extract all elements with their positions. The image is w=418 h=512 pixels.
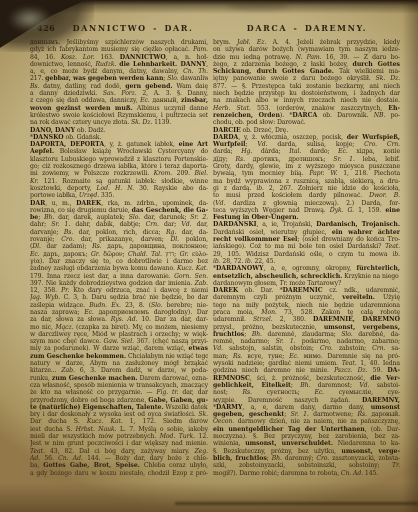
text-line: Kr. 121. Rozmaite są gatunki iabłek: sło… xyxy=(30,178,208,185)
text-line: praca moia, Mon. 73, 528. Zakon tę całą … xyxy=(213,309,400,316)
text-line: DAPORTA, DEPORTA, y, ż. gatunek iabłek, … xyxy=(30,141,208,148)
paper-stain xyxy=(228,2,288,10)
text-line: Dar ducha Ś. Kucz. Kat. 1, 172. Siedm da… xyxy=(30,418,208,425)
text-line: be; Bh. dar, darek, auplatek; Slo. dar, … xyxy=(30,214,208,221)
text-line: 217. gebbar, was gegeben werden kann; Sl… xyxy=(30,75,208,82)
text-line: дїду; Rs. дротикъ, дротишокъ; Sr. 1. leb… xyxy=(213,156,400,163)
text-column-left: даннымъ. Jeślibyśmy szpichlerzów naszych… xyxy=(30,39,208,480)
text-line: żego, z zdarzenia bożego, z łaski bożey,… xyxy=(213,61,400,68)
text-line: szki, zobstoinyzacki, sobstoinszki, sobs… xyxy=(213,462,400,469)
text-line: Jag. Wyb. C. 3, b. Daru sędzia brać nie … xyxy=(30,294,208,301)
text-line: Aepfel. Bolesław książę Wrocławski Cyste… xyxy=(30,148,208,155)
text-line: iętny panowanie swoie z daru bożego okry… xyxy=(213,75,400,82)
text-line: darda; Hg. dàrda; Ital. dardo; Ec. хідра… xyxy=(213,148,400,155)
text-line: runku, zum Geschenke machen. Darem darow… xyxy=(30,375,208,382)
text-line: moczyzna). §. Bez przyczyny, bez zarobie… xyxy=(213,433,400,440)
text-line: remně, nadarmo; Sr. 1. podarmo, nadarmo,… xyxy=(213,338,400,345)
text-line: to musi przed kościołem dardy pilnować. … xyxy=(213,192,400,199)
text-line: zum Geschenke bekommen. Chciałabym nie w… xyxy=(30,353,208,360)
text-line: kosztowki, deporty, Lod. H. N. 30. Raysk… xyxy=(30,185,208,192)
text-line: ein unentgeldlicher Tag der Unterthanen,… xyxy=(213,426,400,433)
text-column-right: brym. Jabł. Ez. A. 4. Jeżeli żebrak przy… xyxy=(213,39,400,480)
text-line: a, e, co może bydź danym, datny, dawalny… xyxy=(30,68,208,75)
text-line: te (natürliche) Eigenschaften, Talente. … xyxy=(30,404,208,411)
text-line: dzie mu iedną potrawę. N. Pam. 16, 39. —… xyxy=(213,54,400,61)
text-line: *DARDANOWY, a, e, ogromny, okropny, fürc… xyxy=(213,265,400,272)
running-head-right: DARCA - DAREMNY. xyxy=(222,23,392,33)
text-line: dardanowym głosem, Tr. może Tartarowy? xyxy=(213,280,400,287)
text-line: nost; Rs. суетность; Ec. суемысліе, суе- xyxy=(213,389,400,396)
text-line: Jest w nim grunt poczciwości i dar więks… xyxy=(30,440,208,447)
text-line: dahr; Sr. 1. dahr, dabik, dabtje; Crn. d… xyxy=(30,221,208,228)
text-line: w darczliwey ręce, Miód w plastrach i or… xyxy=(30,331,208,338)
text-line: REMNOŚĆ, ści, ż. próżność, bezskutecznoś… xyxy=(213,375,400,382)
book-page-photo: 426 DANNICTWO - DAR. DARCA - DAREMNY. да… xyxy=(0,0,418,512)
text-line: 877. — §. Przestępca taki zostanie bezka… xyxy=(213,83,400,90)
text-line: przyrodzony, dobro od boga zdarzone, Gab… xyxy=(30,397,208,404)
text-line: §. Bezskuteczny, próżny, bez użytku, ums… xyxy=(213,448,400,455)
text-line: Dardański osieł, wierutny głupiec, ein w… xyxy=(213,229,400,236)
text-line: a danny dziedziwki. Sax. Porz. 2, A. 3. … xyxy=(30,90,208,97)
text-line: za dar, słowa za słowa. Rys. Ad. 10. Dar… xyxy=(30,316,208,323)
text-line: nasza zaprawa; Ec. дароприемлемъ darogło… xyxy=(30,309,208,316)
text-line: 179. Inna rzecz iest dar, a inna darowan… xyxy=(30,273,208,280)
photo-shadow-bottom xyxy=(0,482,418,512)
photo-shadow-right xyxy=(402,0,418,512)
text-line: z czego się dań oddawa, danniczy, Ec. да… xyxy=(30,97,208,104)
text-line: bry i dar doskonały z wysoka iest od oyc… xyxy=(30,411,208,418)
text-line: ib. 28, 72. ib. 22, 45. xyxy=(213,258,400,265)
text-line: klasztoru Lubuskiego wprowadził z klaszt… xyxy=(30,156,208,163)
text-line: szym moc chęć dawce. Gaw. Siel. 367. (ch… xyxy=(30,338,208,345)
paper-stain xyxy=(30,462,150,478)
text-line: on używa darów bożych (wymawiam tym nasz… xyxy=(213,46,400,53)
text-line: Oecon. darmowy dzień, nie za naiem, nie … xyxy=(213,418,400,425)
text-line: cza własność, sposób mienienia w transak… xyxy=(30,382,208,389)
text-line: rowizna, co się drugiemu daruie, das Ges… xyxy=(30,207,208,214)
text-line: fruchtlos; Bh. daremně, zlaudarma; Slo. … xyxy=(213,331,400,338)
text-line: rovanje; Cro. dar, prikazanye, darven; D… xyxy=(30,236,208,243)
text-line: teca wyższych Węgier nad Drawą. Dyk. G. … xyxy=(213,207,400,214)
text-line: Schickung, durch Gottes Gnade. Tak wielk… xyxy=(213,68,400,75)
text-line: go; ciż rozkosznego drzewa iabłka, które… xyxy=(30,163,208,170)
text-line: *DANSKO ob. Gdańsk. xyxy=(30,134,208,141)
text-line: γία). Dar znaczy się to, co dobrotliwie … xyxy=(30,258,208,265)
text-line: Ad. 56. Cn. Ad. 144. — Boży dar, dary bo… xyxy=(30,455,208,462)
text-line: 397. Nie każdy dobrodzieystwa godzien da… xyxy=(30,280,208,287)
text-line: DARDA, y, ż. włócznia, oszczep, pocisk, … xyxy=(213,134,400,141)
text-line: DAREK ob. Dar. *DAREMNIĆ cz. ndk., udare… xyxy=(213,287,400,294)
text-line: gi z dardą. ib. 2, 267. Żołnierz nie idz… xyxy=(213,185,400,192)
text-line: (Dl. dar zadam); Rs. даръ, даровщина, по… xyxy=(30,243,208,250)
text-line: man; Rs. всуе, туне; Ec. мимо. Daremnie … xyxy=(213,353,400,360)
text-line: na rok dawać cztery uncye złota. Sk. Dz.… xyxy=(30,119,208,126)
text-line: entsetzlich, abscheulich, schrecklich. K… xyxy=(213,273,400,280)
text-line: Herb. Stat. 553. (orderów, znaków zaszcz… xyxy=(213,105,400,112)
text-line: 12, 358. Pr. Kto dary odrzuca, znać i da… xyxy=(30,287,208,294)
text-line: geblichkeit, Eitelkeit; Bh. daremnost; V… xyxy=(213,382,400,389)
text-line: 29, 105. Widzisz Dardański ośle, o czym … xyxy=(213,251,400,258)
text-line: Groty, dardy, glewie, im z wyższego miey… xyxy=(213,163,400,170)
text-line: miy za podarunek). W darze wziąć, darem … xyxy=(30,345,208,352)
text-line: daremnym czyli próżnym uczynić, vereitel… xyxy=(213,294,400,301)
text-line: iest ducha Ś. Hrbst. Nauk. L. 7. Myślą o… xyxy=(30,426,208,433)
text-line: królestwo swoie kościołowi Rzymskiemu, i… xyxy=(30,112,208,119)
text-line: renzeichen, Orden). *DARCA ob. Darownik.… xyxy=(213,112,400,119)
page-edge-line xyxy=(175,502,418,505)
text-line: chodu, ob. pod słow: Darować. xyxy=(213,119,400,126)
text-line: downictwo, lenność, Rudzk. die Lehnbarke… xyxy=(30,61,208,68)
text-line: udaremnił. Strzel. 2, 380. DAREMNIE, DAR… xyxy=(213,316,400,323)
text-line: мудріе. Daremność naszych żądań. DAREMNY… xyxy=(213,397,400,404)
text-line: recht vollkommner Esel; (osieł drewniany… xyxy=(213,236,400,243)
text-line: niech będzie przystęp ku dostoieństwom, … xyxy=(213,90,400,97)
text-line: zaślepia widzące. Budn. Ex. 23, 8. (Slo.… xyxy=(30,302,208,309)
text-line: DARDAŃSKI, a, ie, Trojański, Dardanisch,… xyxy=(213,221,400,228)
text-line: DAR, u, m., DAREK, rka, m. zdrbn., upomi… xyxy=(30,200,208,207)
text-line: mo nic, Mącz. (czapka za biret). My, co … xyxy=(30,324,208,331)
text-line: gegeben, geschenkt; Sr. 1. darmotwene; R… xyxy=(213,411,400,418)
text-line: że kto na własność co przygarnie. — Fig.… xyxy=(30,389,208,396)
text-line: Teat. 43, 82. Dał ci bóg dary, zażyway m… xyxy=(30,448,208,455)
text-line: mogił?). Darmo robić; daremna to robota,… xyxy=(213,470,400,477)
text-line: Vd. sabstojn, salstin, obstoin; Cro. zab… xyxy=(213,345,400,352)
text-line: portowe iabłka, Urzęd. 335. xyxy=(30,192,208,199)
text-line: iańskiego). Coż to ma mi bole ten osieł … xyxy=(213,243,400,250)
text-line: kitarze... Zab. 6, 3. Darem dadź, w darz… xyxy=(30,367,208,374)
text-line: godzina niech daremno nie minie. Pszcz. … xyxy=(213,367,400,374)
text-line: Ec. даръ, дарокъ; Gr. δῶρον; Chald. Tal.… xyxy=(30,251,208,258)
text-line: darvanje; Bs. dar, poklon, rich, dicca; … xyxy=(30,229,208,236)
text-line: brym. Jabł. Ez. A. 4. Jeżeli żebrak przy… xyxy=(213,39,400,46)
text-line: (Vd. dardiza z głownią mieczową). 2.) Da… xyxy=(213,200,400,207)
text-line: żadney zasługi obdarzenia bywa komu dawa… xyxy=(30,265,208,272)
text-line: winienia, umsonst, unverschuldet. Niedar… xyxy=(213,440,400,447)
text-line: Wurfpfeil; Vd. darda, sulisa, kopje; Cro… xyxy=(213,141,400,148)
text-line: ma bydź wyprawiona z rusznicą, szablą, s… xyxy=(213,178,400,185)
text-line: wovon gezinst werden muß. Albinus uczyni… xyxy=(30,105,208,112)
text-line: 84, 16. Kosz. Lor. 163. DANNICTWO, a, n.… xyxy=(30,54,208,61)
text-line: bywaią, tym mocniey biią. Papr. W. 1, 21… xyxy=(213,170,400,177)
text-line: natury w darze, Abym na zasłużoney mógł … xyxy=(30,360,208,367)
text-line: przysł., próżno, bezskutecznie, umsonst,… xyxy=(213,324,400,331)
text-line: DANO, DANY ob. Dadź. xyxy=(30,127,208,134)
text-line: Festung in Ober-Ungern. xyxy=(213,214,400,221)
text-line: DARCIE ob. Drzeć, Drę. xyxy=(213,127,400,134)
text-line: Bs. datny, datliny, rad dodě, gern geben… xyxy=(30,83,208,90)
text-line: tego na miły pożytek, niech nie będzie u… xyxy=(213,302,400,309)
text-line: na znakach albo w innych rzeczach niech … xyxy=(213,97,400,104)
text-line: mieli dar wszystkich mów potrzebnych. Mo… xyxy=(30,433,208,440)
text-line: mi zowiemy, w Polszcze rozkrzewili. Krom… xyxy=(30,170,208,177)
text-line: wysoki nadzieie; gardłać niemi umiem. Te… xyxy=(213,360,400,367)
text-line: *DARMY, a, e, darem dany, darmo dany, um… xyxy=(213,404,400,411)
text-line: blich, fruchtlos; Bh. daremný; Cro. zasz… xyxy=(213,455,400,462)
photo-corner-glint xyxy=(8,6,52,32)
